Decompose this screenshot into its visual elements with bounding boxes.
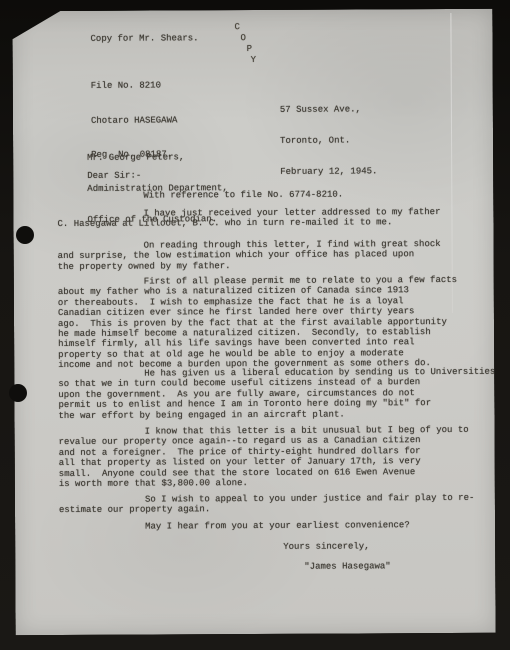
sender-city: Toronto, Ont.	[280, 135, 377, 146]
copy-stamp-letter: Y	[251, 55, 256, 65]
hole-punch	[16, 226, 34, 244]
body-paragraph: I have just received your letter address…	[57, 207, 477, 230]
body-paragraph: On reading through this letter, I find w…	[58, 239, 478, 272]
body-paragraph: He has given us a liberal education by s…	[58, 367, 478, 421]
copy-stamp-letter: C	[234, 22, 239, 32]
sender-address-block: 57 Sussex Ave., Toronto, Ont. February 1…	[280, 83, 378, 198]
signature: "James Hasegawa"	[304, 561, 390, 572]
copy-stamp-letter: O	[240, 33, 245, 43]
letter-page: C O P Y Copy for Mr. Shears. File No. 82…	[12, 9, 495, 636]
copy-for-note: Copy for Mr. Shears.	[90, 33, 198, 44]
body-paragraph: First of all please permit me to relate …	[58, 275, 478, 371]
letter-date: February 12, 1945.	[280, 167, 377, 178]
sender-street: 57 Sussex Ave.,	[280, 104, 377, 115]
valediction: Yours sincerely,	[283, 541, 369, 552]
salutation: Dear Sir:-	[87, 171, 141, 182]
body-paragraph: I know that this letter is a bit unusual…	[59, 425, 479, 490]
body-paragraph: So I wish to appeal to you under justice…	[59, 493, 479, 516]
reference-line: With reference to file No. 6774-8210.	[57, 189, 477, 202]
registrant-name: Chotaro HASEGAWA	[91, 115, 177, 127]
copy-stamp-letter: P	[247, 44, 252, 54]
recipient-name: Mr. George Peters,	[87, 152, 227, 163]
hole-punch	[9, 384, 27, 402]
body-paragraph: May I hear from you at your earliest con…	[59, 520, 479, 533]
file-number: File No. 8210	[91, 80, 177, 92]
